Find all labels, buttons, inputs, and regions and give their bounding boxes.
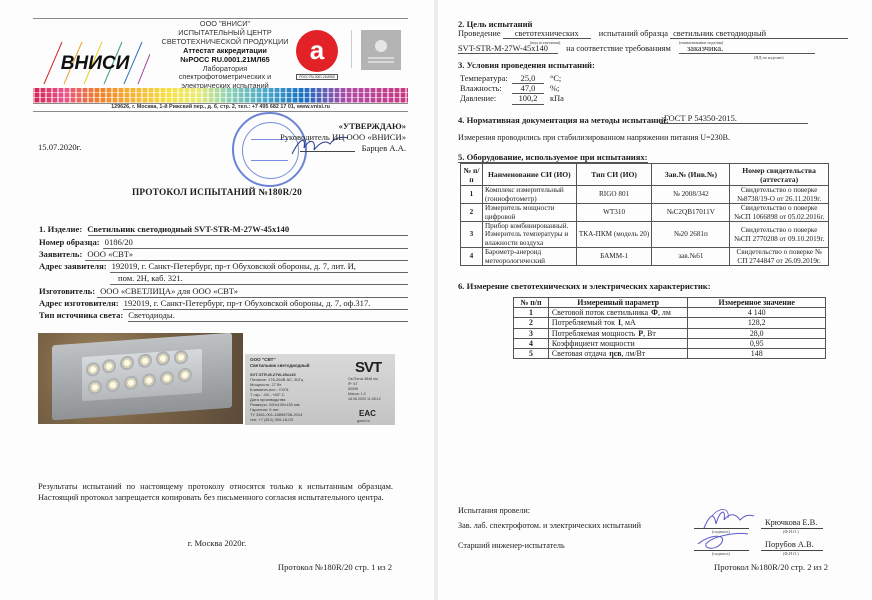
equipment-name: Прибор комбинированный. Измеритель темпе… (482, 222, 576, 248)
parameter: Коэффициент мощности (548, 338, 688, 348)
equipment-name: Комплекс измерительный (гониофотометр) (482, 186, 576, 204)
condition-label: Температура: (460, 74, 512, 83)
field-value: Светодиоды. (123, 310, 175, 320)
parameter-symbol: P (635, 329, 643, 338)
signer-role-1: Зав. лаб. спектрофотом. и электрических … (458, 521, 641, 530)
parameter-name: Потребляемая мощность (552, 329, 635, 338)
parameter-unit: , лм/Вт (621, 349, 645, 358)
field-value: ООО «СВЕТЛИЦА» для ООО «СВТ» (95, 286, 238, 296)
underline (103, 248, 408, 249)
column-header: Зав.№ (Инв.№) (652, 164, 730, 186)
serial-number: №C2QB17011V (652, 204, 730, 222)
condition-label: Давление: (460, 94, 512, 103)
text: на соответствие требованиям (560, 44, 671, 53)
city-year: г. Москва 2020г. (0, 538, 434, 548)
label-line: Светильник светодиодный (250, 363, 309, 368)
parameter-name: Коэффициент мощности (552, 339, 635, 348)
equipment-type: RIGO 801 (576, 186, 652, 204)
table-row: 1Световой поток светильникаФ, лм4 140 (514, 308, 826, 318)
field-value: пом. 2Н, каб. 321. (113, 273, 183, 283)
underline (88, 235, 408, 236)
parameter-name: Световой поток светильника (552, 308, 648, 317)
row-number: 3 (461, 222, 483, 248)
parameter-symbol: ηсв (606, 349, 621, 358)
equipment-type: ТКА-ПКМ (модель 20) (576, 222, 652, 248)
parameter: Потребляемая мощностьP, Вт (548, 328, 688, 338)
text: испытаний образца (593, 29, 668, 38)
approval-signature-line (300, 151, 355, 152)
hint: (подпись) (712, 551, 730, 556)
equipment-name: Барометр-анероид метеорологический (482, 248, 576, 266)
measured-value: 28,0 (688, 328, 826, 338)
serial-number: №20 2681п (652, 222, 730, 248)
underline (128, 321, 408, 322)
label-line: тел: +7 (812) 309-18-03 (250, 417, 293, 422)
temperature-value: 25,0 (512, 74, 544, 84)
row-number: 2 (461, 204, 483, 222)
field-value: 0186/20 (100, 237, 133, 247)
row-number: 4 (461, 248, 483, 266)
field-label: Номер образца: (39, 237, 100, 247)
parameter-symbol: Ф (648, 308, 658, 317)
spectrum-strip (33, 88, 408, 103)
accreditation-a-logo: a (296, 30, 338, 72)
field-light-source: Тип источника света:Светодиоды. (39, 310, 175, 320)
serial-number: № 2008/342 (652, 186, 730, 204)
section-3-title: 3. Условия проведения испытаний: (458, 60, 595, 70)
column-header: Измеренный параметр (548, 298, 688, 308)
row-number: 5 (514, 348, 549, 358)
section-6-title: 6. Измерение светотехнических и электрич… (458, 281, 711, 291)
table-row: 2Измеритель мощности цифровойWT310№C2QB1… (461, 204, 829, 222)
parameter-symbol (635, 339, 638, 348)
product-name-value: светильник светодиодный (670, 29, 848, 39)
header-address: 129626, г. Москва, 1-й Рижский пер., д. … (33, 104, 408, 110)
equipment-name: Измеритель мощности цифровой (482, 204, 576, 222)
serial-number: зав.№61 (652, 248, 730, 266)
parameter-unit: , лм (658, 308, 671, 317)
parameter: Световой поток светильникаФ, лм (548, 308, 688, 318)
page-footer: Протокол №180R/20 стр. 1 из 2 (278, 562, 392, 572)
measured-value: 4 140 (688, 308, 826, 318)
table-row: 4Коэффициент мощности0,95 (514, 338, 826, 348)
approval-title: «УТВЕРЖДАЮ» (280, 121, 406, 132)
parameter: Световая отдачаηсв, лм/Вт (548, 348, 688, 358)
field-applicant-address: Адрес заявителя:192019, г. Санкт-Петербу… (39, 261, 356, 271)
label-line: IP: 67 (348, 382, 357, 387)
parameter-name: Потребляемый ток (552, 318, 615, 327)
table-row: 3Потребляемая мощностьP, Вт28,0 (514, 328, 826, 338)
field-label: Тип источника света: (39, 310, 123, 320)
label-line: Масса: 1,3 (348, 392, 366, 397)
equipment-table: № п/п Наименование СИ (ИО) Тип СИ (ИО) З… (460, 163, 829, 266)
column-header: Наименование СИ (ИО) (482, 164, 576, 186)
column-header: Тип СИ (ИО) (576, 164, 652, 186)
row-number: 3 (514, 328, 549, 338)
measurement-note: Измерения проводились при стабилизирован… (458, 133, 730, 142)
protocol-page-1: ВНИСИ ООО "ВНИСИ" ИСПЫТАТЕЛЬНЫЙ ЦЕНТР СВ… (0, 0, 434, 600)
approval-name: Барцев А.А. (280, 143, 406, 154)
label-line: ООО "СВТ" (250, 357, 276, 362)
header-bottom-rule (33, 111, 408, 112)
field-label: 1. Изделие: (39, 224, 82, 234)
standard-value: ГОСТ Р 54350-2015. (660, 114, 808, 124)
table-row: 4Барометр-анероид метеорологическийБАММ-… (461, 248, 829, 266)
field-value: 192019, г. Санкт-Петербург, пр-т Обуховс… (107, 261, 356, 271)
section-2-title: 2. Цель испытаний (458, 19, 533, 29)
org-block: ООО "ВНИСИ" ИСПЫТАТЕЛЬНЫЙ ЦЕНТР СВЕТОТЕХ… (155, 20, 295, 91)
field-label: Заявитель: (39, 249, 82, 259)
table-header-row: № п/п Измеренный параметр Измеренное зна… (514, 298, 826, 308)
field-applicant: Заявитель:ООО «СВТ» (39, 249, 133, 259)
table-header-row: № п/п Наименование СИ (ИО) Тип СИ (ИО) З… (461, 164, 829, 186)
signatures-title: Испытания провели: (458, 506, 530, 515)
field-value: ООО «СВТ» (82, 249, 133, 259)
field-manufacturer: Изготовитель:ООО «СВЕТЛИЦА» для ООО «СВТ… (39, 286, 238, 296)
eac-mark-icon: EAC (359, 410, 376, 418)
table-row: 5Световая отдачаηсв, лм/Вт148 (514, 348, 826, 358)
field-product: 1. Изделие:Светильник светодиодный SVT-S… (39, 224, 289, 234)
column-header: № п/п (514, 298, 549, 308)
hint: (Ф.И.О.) (783, 551, 799, 556)
column-header: Измеренное значение (688, 298, 826, 308)
approval-position: Руководитель ИЦ ООО «ВНИСИ» (280, 132, 406, 143)
hint: (Ф.И.О.) (783, 529, 799, 534)
field-value: Светильник светодиодный SVT-STR-M-27W-45… (82, 224, 289, 234)
accreditation-number: №РОСС RU.0001.21МЛ65 (180, 55, 269, 64)
row-number: 1 (514, 308, 549, 318)
measured-value: 0,95 (688, 338, 826, 348)
purpose-line-1: Проведение светотехнических испытаний об… (458, 29, 848, 39)
label-line: Св.Поток 3848 лм (348, 377, 378, 382)
page-footer: Протокол №180R/20 стр. 2 из 2 (714, 562, 828, 572)
parameter-unit: , мА (621, 318, 636, 327)
signer-name-2: Порубов А.В. (765, 540, 814, 549)
text: Проведение (458, 29, 501, 38)
equipment-type: WT310 (576, 204, 652, 222)
vnisi-logo: ВНИСИ (40, 40, 150, 85)
signer-role-2: Старший инженер-испытатель (458, 541, 565, 550)
field-manufacturer-address: Адрес изготовителя:192019, г. Санкт-Пете… (39, 298, 370, 308)
requirement-value: заказчика. (679, 44, 815, 54)
underline (110, 284, 408, 285)
field-applicant-address-line2: пом. 2Н, каб. 321. (113, 273, 183, 283)
column-header: № п/п (461, 164, 483, 186)
header-divider (351, 30, 352, 68)
field-label: Адрес заявителя: (39, 261, 107, 271)
certificate: Свидетельство о поверке № СП 2744847 от … (730, 248, 829, 266)
condition-label: Влажность: (460, 84, 512, 93)
hint: (НД на изделие) (754, 55, 784, 60)
measured-value: 148 (688, 348, 826, 358)
svt-logo: SVT (355, 360, 381, 375)
table-row: 2Потребляемый токI, мА128,2 (514, 318, 826, 328)
parameter: Потребляемый токI, мА (548, 318, 688, 328)
product-photo (38, 333, 243, 424)
certificate: Свидетельство о поверке №СП 2770208 от 0… (730, 222, 829, 248)
table-row: 3Прибор комбинированный. Измеритель темп… (461, 222, 829, 248)
signer-name-1: Крючкова Е.В. (765, 518, 817, 527)
field-value: 192019, г. Санкт-Петербург, пр-т Обуховс… (119, 298, 371, 308)
humidity-value: 47,0 (512, 84, 544, 94)
field-label: Изготовитель: (39, 286, 95, 296)
model-value: SVT-STR-M-27W-45x140 (458, 44, 558, 54)
field-sample-number: Номер образца:0186/20 (39, 237, 133, 247)
product-label-photo: ООО "СВТ" Светильник светодиодный SVT-ST… (245, 354, 395, 425)
column-header: Номер свидетельства (аттестата) (730, 164, 829, 186)
certificate: Свидетельство о поверке №8738/19-О от 26… (730, 186, 829, 204)
row-number: 4 (514, 338, 549, 348)
accreditation-badge: РОСС RU.0001.21МЛ65 (296, 74, 338, 80)
protocol-title: ПРОТОКОЛ ИСПЫТАНИЙ №180R/20 (0, 188, 434, 198)
registry-logo (361, 30, 401, 70)
certificate: Свидетельство о поверке №СП 1066898 от 0… (730, 204, 829, 222)
section-4-title: 4. Нормативная документация на методы ис… (458, 115, 669, 125)
disclaimer: Результаты испытаний по настоящему прото… (38, 481, 393, 503)
parameter-name: Световая отдача (552, 349, 606, 358)
equipment-type: БАММ-1 (576, 248, 652, 266)
measurements-table: № п/п Измеренный параметр Измеренное зна… (513, 297, 826, 359)
test-type-value: светотехнических (503, 29, 591, 39)
svg-text:ВНИСИ: ВНИСИ (61, 53, 130, 74)
label-line: 18.06.2020 11:26:12 (348, 397, 381, 402)
protocol-page-2: 2. Цель испытаний Проведение светотехнич… (438, 0, 872, 600)
field-label: Адрес изготовителя: (39, 298, 119, 308)
unit: %; (544, 84, 559, 93)
accreditation-title: Аттестат аккредитации (183, 46, 267, 55)
purpose-line-2: SVT-STR-M-27W-45x140 на соответствие тре… (458, 44, 815, 54)
unit: °С; (544, 74, 561, 83)
measured-value: 128,2 (688, 318, 826, 328)
approval-block: «УТВЕРЖДАЮ» Руководитель ИЦ ООО «ВНИСИ» … (280, 121, 406, 154)
section-5-title: 5. Оборудование, используемое при испыта… (458, 152, 648, 163)
label-line: 5000К (348, 387, 358, 392)
row-number: 1 (461, 186, 483, 204)
parameter-unit: , Вт (643, 329, 656, 338)
signature-icon (696, 530, 752, 552)
label-line: gosvt.ru (357, 419, 370, 424)
row-number: 2 (514, 318, 549, 328)
table-row: 1Комплекс измерительный (гониофотометр)R… (461, 186, 829, 204)
conditions: Температура:25,0°С; Влажность:47,0%; Дав… (460, 74, 564, 105)
protocol-date: 15.07.2020г. (38, 142, 81, 152)
unit: кПа (544, 94, 564, 103)
pressure-value: 100,2 (512, 94, 544, 104)
